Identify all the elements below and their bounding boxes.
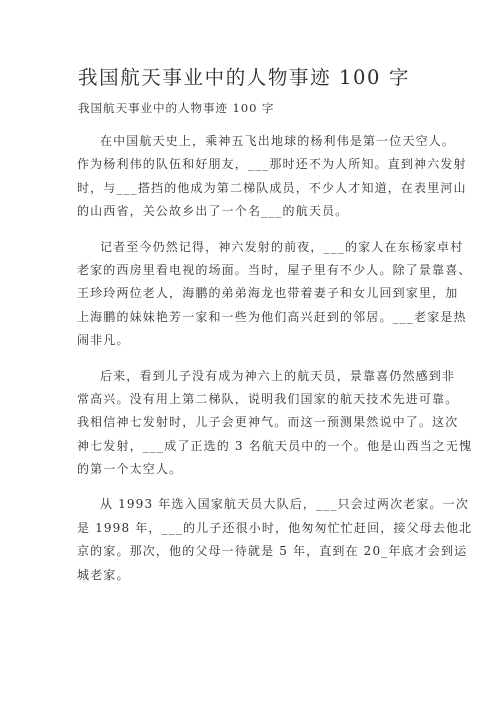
paragraph-line: 记者至今仍然记得，神六发射的前夜，___的家人在东杨家卓村 xyxy=(77,236,427,259)
paragraph-line: 时，与___搭挡的他成为第二梯队成员，不少人才知道，在表里河山 xyxy=(77,177,427,200)
paragraph-line: 王珍玲两位老人，海鹏的弟弟海龙也带着妻子和女儿回到家里，加 xyxy=(77,282,427,305)
paragraph-4: 从 1993 年选入国家航天员大队后，___只会过两次老家。一次 是 1998 … xyxy=(77,493,427,587)
paragraph-line: 老家的西房里看电视的场面。当时，屋子里有不少人。除了景靠喜、 xyxy=(77,259,427,282)
paragraph-line: 神七发射，___成了正选的 3 名航天员中的一个。他是山西当之无愧 xyxy=(77,435,427,458)
document-page: 我国航天事业中的人物事迹 100 字 我国航天事业中的人物事迹 100 字 在中… xyxy=(0,0,500,707)
paragraph-line: 的第一个太空人。 xyxy=(77,458,427,481)
document-subtitle: 我国航天事业中的人物事迹 100 字 xyxy=(78,100,274,116)
document-body: 在中国航天史上，乘神五飞出地球的杨利伟是第一位天空人。 作为杨利伟的队伍和好朋友… xyxy=(77,130,427,599)
paragraph-line: 的山西省，关公故乡出了一个名___的航天员。 xyxy=(77,200,427,223)
paragraph-line: 后来，看到儿子没有成为神六上的航天员，景靠喜仍然感到非 xyxy=(77,365,427,388)
paragraph-line: 上海鹏的妹妹艳芳一家和一些为他们高兴赶到的邻居。___老家是热 xyxy=(77,306,427,329)
paragraph-2: 记者至今仍然记得，神六发射的前夜，___的家人在东杨家卓村 老家的西房里看电视的… xyxy=(77,236,427,353)
paragraph-line: 是 1998 年，___的儿子还很小时，他匆匆忙忙赶回，接父母去他北 xyxy=(77,517,427,540)
paragraph-3: 后来，看到儿子没有成为神六上的航天员，景靠喜仍然感到非 常高兴。没有用上第二梯队… xyxy=(77,365,427,482)
paragraph-line: 作为杨利伟的队伍和好朋友，___那时还不为人所知。直到神六发射 xyxy=(77,153,427,176)
paragraph-line: 闹非凡。 xyxy=(77,329,427,352)
paragraph-line: 我相信神七发射时，儿子会更神气。而这一预测果然说中了。这次 xyxy=(77,411,427,434)
document-title: 我国航天事业中的人物事迹 100 字 xyxy=(78,62,410,90)
paragraph-1: 在中国航天史上，乘神五飞出地球的杨利伟是第一位天空人。 作为杨利伟的队伍和好朋友… xyxy=(77,130,427,224)
paragraph-line: 常高兴。没有用上第二梯队，说明我们国家的航天技术先进可靠。 xyxy=(77,388,427,411)
paragraph-line: 城老家。 xyxy=(77,564,427,587)
paragraph-line: 从 1993 年选入国家航天员大队后，___只会过两次老家。一次 xyxy=(77,493,427,516)
paragraph-line: 在中国航天史上，乘神五飞出地球的杨利伟是第一位天空人。 xyxy=(77,130,427,153)
paragraph-line: 京的家。那次，他的父母一待就是 5 年，直到在 20_年底才会到运 xyxy=(77,540,427,563)
